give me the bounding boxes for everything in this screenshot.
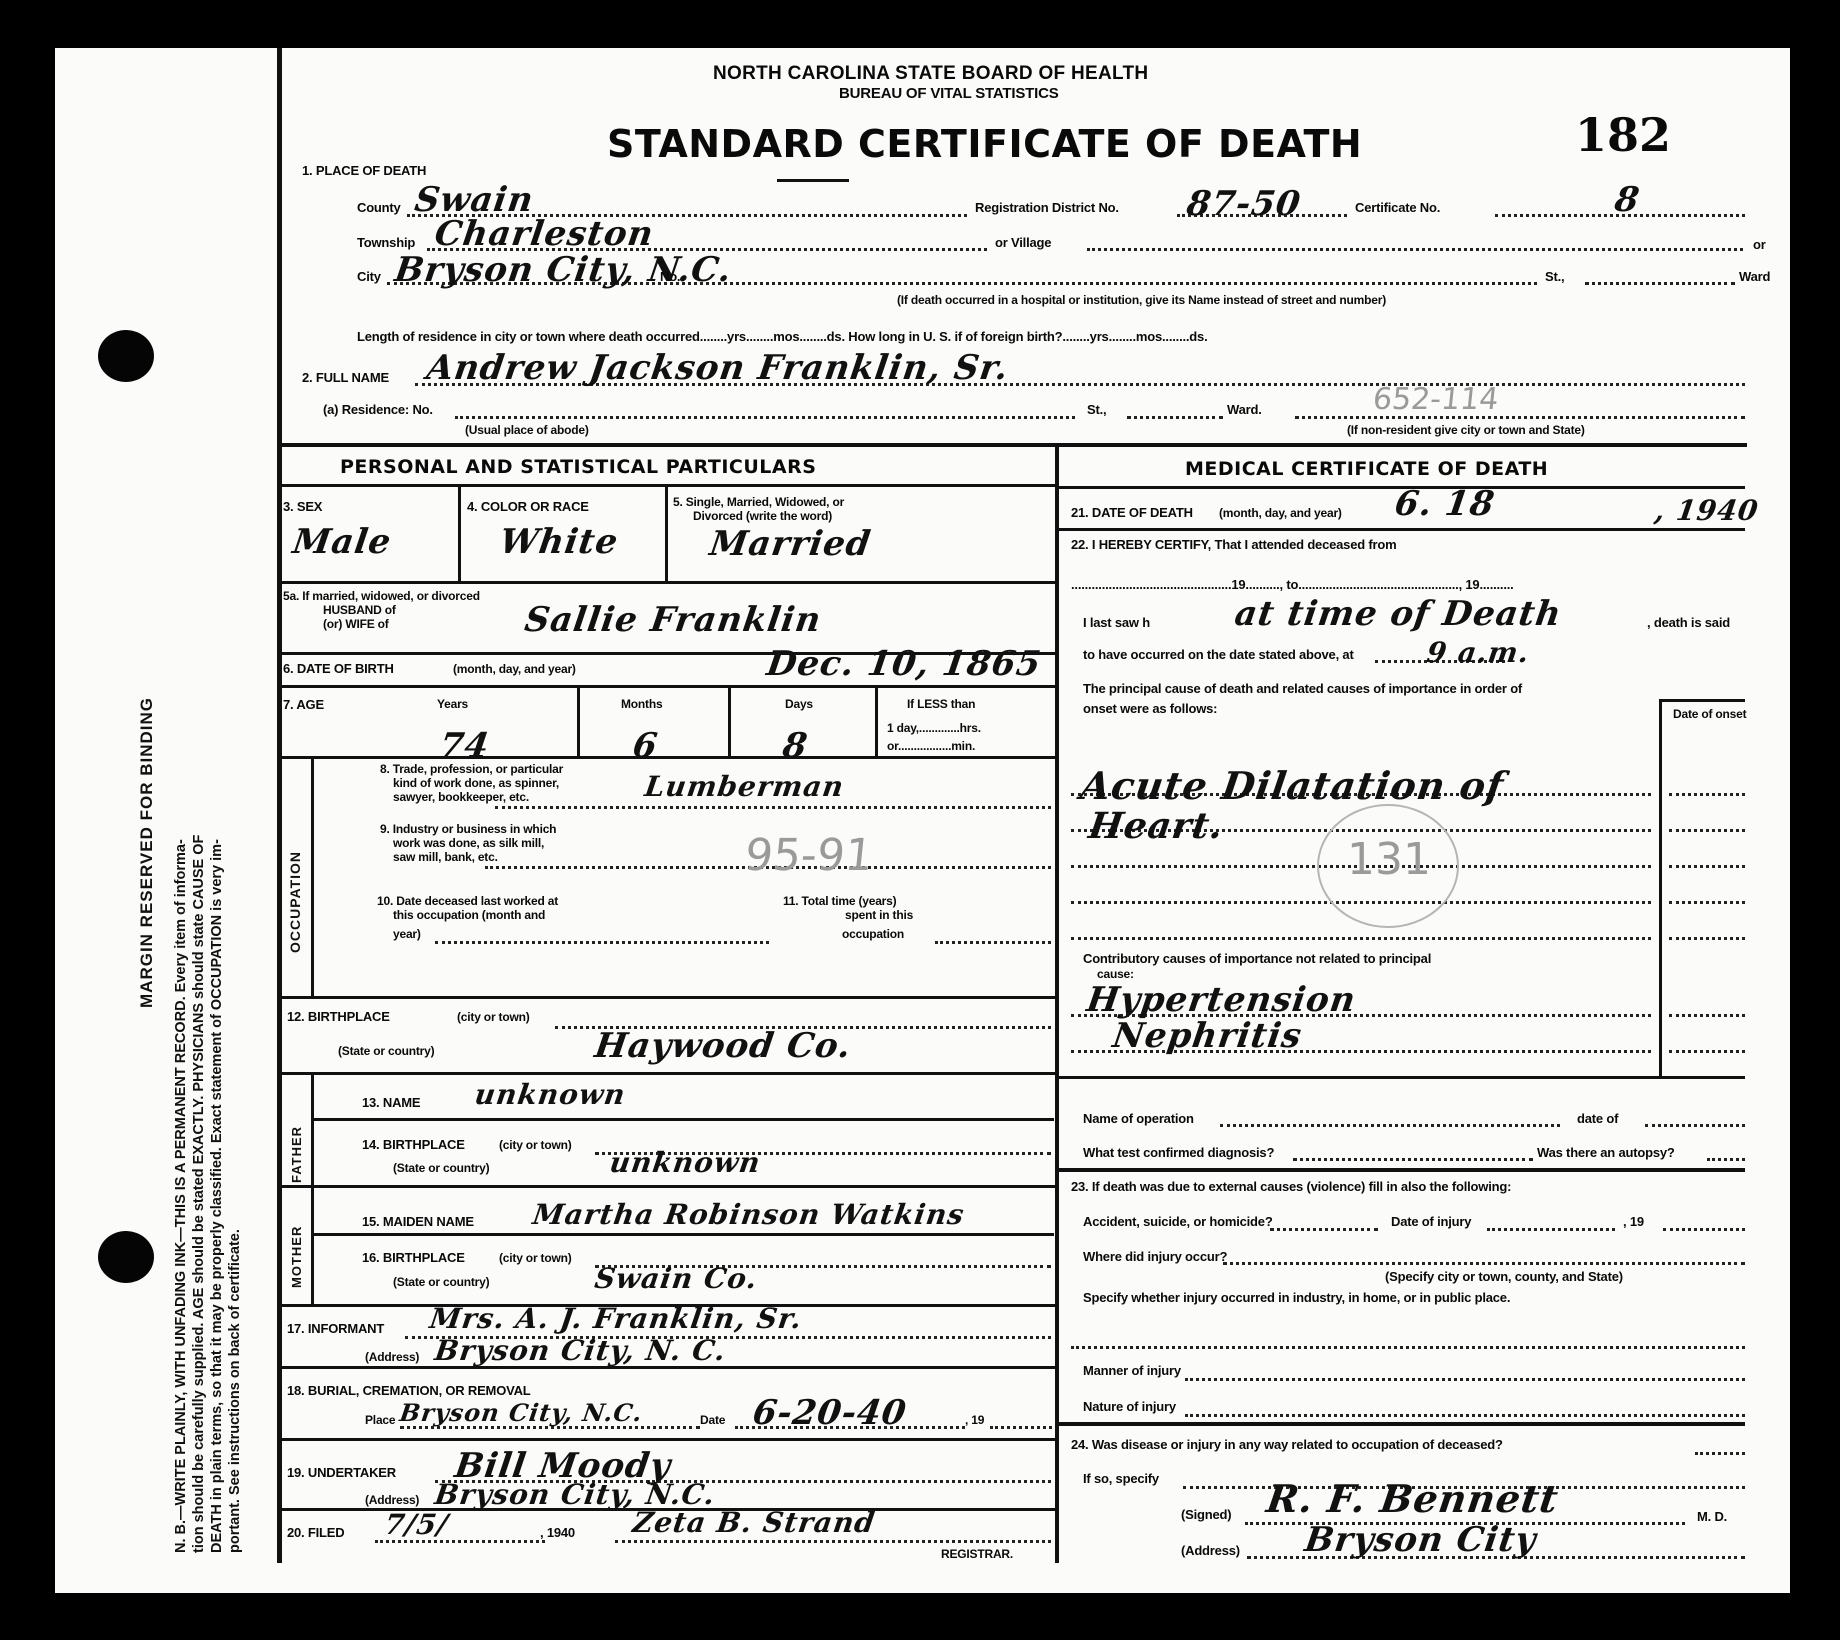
last-worked-label-2: this occupation (month and (393, 909, 545, 922)
less-than-label: If LESS than (907, 698, 975, 711)
father-side-label: FATHER (289, 1126, 304, 1183)
race-label: 4. COLOR OR RACE (467, 500, 589, 514)
father-name-value[interactable]: unknown (473, 1078, 628, 1111)
margin-instructions-2: tion should be carefully supplied. AGE s… (191, 835, 207, 1553)
industry-label-3: saw mill, bank, etc. (393, 851, 498, 864)
city-ward-label: Ward (1739, 270, 1770, 284)
last-saw-value[interactable]: at time of Death (1232, 594, 1564, 634)
dod-year[interactable]: , 1940 (1653, 494, 1761, 527)
physician-address-label: (Address) (1181, 1544, 1240, 1558)
filed-value[interactable]: 7/5/ (383, 1508, 451, 1541)
last-worked-label-3: year) (393, 928, 421, 941)
mother-bp-state-label: (State or country) (393, 1276, 489, 1289)
residence-st-label: St., (1087, 403, 1106, 417)
trade-label-1: 8. Trade, profession, or particular (380, 763, 563, 776)
occurred-label: to have occurred on the date stated abov… (1083, 648, 1354, 662)
pencil-circle-value: 131 (1347, 834, 1431, 885)
column-divider (1055, 443, 1059, 1563)
birthplace-label: 12. BIRTHPLACE (287, 1010, 390, 1024)
margin-instructions-1: N. B.—WRITE PLAINLY, WITH UNFADING INK—T… (173, 839, 189, 1553)
stamp-number: 182 (1575, 108, 1671, 162)
trade-value[interactable]: Lumberman (643, 770, 847, 803)
binding-hole-bottom (98, 1231, 154, 1283)
specify-place-label: Specify whether injury occurred in indus… (1083, 1291, 1510, 1305)
bureau-name: BUREAU OF VITAL STATISTICS (839, 86, 1059, 102)
industry-label-2: work was done, as silk mill, (393, 837, 544, 850)
registrar-signature: Zeta B. Strand (631, 1506, 878, 1539)
reg-district-label: Registration District No. (975, 201, 1119, 215)
township-value[interactable]: Charleston (432, 214, 656, 254)
burial-place-label: Place (365, 1414, 395, 1427)
place-of-death-label: 1. PLACE OF DEATH (302, 164, 426, 178)
contributory-label-2: cause: (1097, 968, 1134, 981)
registrar-label: REGISTRAR. (941, 1548, 1013, 1561)
reg-district-value[interactable]: 87-50 (1184, 184, 1303, 224)
binding-hole-top (98, 330, 154, 382)
age-days-value[interactable]: 8 (780, 726, 810, 766)
age-years-value[interactable]: 74 (437, 726, 492, 766)
informant-value[interactable]: Mrs. A. J. Franklin, Sr. (428, 1302, 805, 1335)
form-left-border (277, 48, 282, 1563)
undertaker-label: 19. UNDERTAKER (287, 1466, 396, 1480)
city-value[interactable]: Bryson City, N.C. (392, 250, 734, 290)
father-name-label: 13. NAME (362, 1096, 420, 1110)
diagnosis-label: What test confirmed diagnosis? (1083, 1146, 1274, 1160)
pencil-code: 652-114 (1371, 382, 1500, 417)
dob-value[interactable]: Dec. 10, 1865 (764, 644, 1044, 684)
manner-injury-label: Manner of injury (1083, 1364, 1181, 1378)
age-days-label: Days (785, 698, 813, 711)
industry-label-1: 9. Industry or business in which (380, 823, 556, 836)
contributory-line-2[interactable]: Nephritis (1110, 1016, 1304, 1056)
mother-name-value[interactable]: Martha Robinson Watkins (531, 1198, 967, 1231)
occupation-related-label: 24. Was disease or injury in any way rel… (1071, 1438, 1503, 1452)
marital-value[interactable]: Married (707, 524, 873, 564)
external-causes-label: 23. If death was due to external causes … (1071, 1180, 1511, 1194)
industry-pencil-code: 95-91 (742, 830, 875, 881)
total-time-label-1: 11. Total time (years) (783, 895, 896, 908)
personal-section-title: PERSONAL AND STATISTICAL PARTICULARS (340, 456, 816, 478)
operation-label: Name of operation (1083, 1112, 1194, 1126)
dob-sub-label: (month, day, and year) (453, 663, 576, 676)
father-bp-state-label: (State or country) (393, 1162, 489, 1175)
certify-label: 22. I HEREBY CERTIFY, That I attended de… (1071, 538, 1396, 552)
last-saw-label: I last saw h (1083, 616, 1150, 630)
autopsy-label: Was there an autopsy? (1537, 1146, 1675, 1160)
county-label: County (357, 201, 401, 215)
spouse-label-1: 5a. If married, widowed, or divorced (283, 590, 480, 603)
burial-date-label: Date (700, 1414, 725, 1427)
mother-side-label: MOTHER (289, 1226, 304, 1288)
marital-label-1: 5. Single, Married, Widowed, or (673, 496, 844, 509)
age-label: 7. AGE (283, 698, 324, 712)
title-underline (777, 179, 849, 182)
last-worked-label-1: 10. Date deceased last worked at (377, 895, 558, 908)
full-name-label: 2. FULL NAME (302, 371, 389, 385)
city-label: City (357, 270, 381, 284)
sex-value[interactable]: Male (290, 522, 394, 562)
usual-abode-note: (Usual place of abode) (465, 424, 589, 437)
less-than-min: or.................min. (887, 740, 975, 753)
occupation-side-label: OCCUPATION (287, 851, 303, 953)
accident-label: Accident, suicide, or homicide? (1083, 1215, 1273, 1229)
certificate-title: STANDARD CERTIFICATE OF DEATH (607, 122, 1362, 166)
contributory-label-1: Contributory causes of importance not re… (1083, 952, 1431, 966)
trade-label-2: kind of work done, as spinner, (393, 777, 559, 790)
onset-column-label: Date of onset (1673, 708, 1746, 721)
time-of-death-value[interactable]: 9 a.m. (1425, 636, 1532, 669)
village-label: or Village (995, 236, 1051, 250)
full-name-value[interactable]: Andrew Jackson Franklin, Sr. (424, 348, 1011, 388)
spouse-value[interactable]: Sallie Franklin (522, 600, 824, 640)
injury-year-label: , 19 (1623, 1215, 1644, 1229)
death-certificate-page: MARGIN RESERVED FOR BINDING N. B.—WRITE … (55, 48, 1790, 1593)
age-months-value[interactable]: 6 (630, 726, 660, 766)
dod-sub-label: (month, day, and year) (1219, 507, 1342, 520)
residence-length-label: Length of residence in city or town wher… (357, 330, 1208, 344)
principal-cause-label-1: The principal cause of death and related… (1083, 682, 1522, 696)
total-time-label-3: occupation (842, 928, 904, 941)
age-months-label: Months (621, 698, 662, 711)
marital-label-2: Divorced (write the word) (693, 510, 832, 523)
contributory-line-1[interactable]: Hypertension (1084, 980, 1358, 1020)
burial-label: 18. BURIAL, CREMATION, OR REMOVAL (287, 1384, 531, 1398)
injury-date-label: Date of injury (1391, 1215, 1471, 1229)
nonresident-note: (If non-resident give city or town and S… (1347, 424, 1585, 437)
undertaker-address-label: (Address) (365, 1494, 419, 1507)
death-said-label: , death is said (1647, 616, 1730, 630)
physician-address-value[interactable]: Bryson City (1302, 1520, 1539, 1560)
dod-label: 21. DATE OF DEATH (1071, 506, 1193, 520)
dod-value[interactable]: 6. 18 (1392, 484, 1497, 524)
certificate-no-label: Certificate No. (1355, 201, 1440, 215)
city-no-label: No. (660, 270, 680, 284)
margin-instructions-4: portant. See instructions on back of cer… (227, 1229, 243, 1553)
birthplace-value[interactable]: Haywood Co. (592, 1026, 854, 1066)
father-bp-value[interactable]: unknown (608, 1146, 763, 1179)
township-label: Township (357, 236, 415, 250)
principal-cause-line-1[interactable]: Acute Dilatation of (1078, 763, 1507, 808)
less-than-hrs: 1 day,.............hrs. (887, 722, 981, 735)
or-label: or (1753, 238, 1766, 252)
total-time-label-2: spent in this (845, 909, 913, 922)
informant-label: 17. INFORMANT (287, 1322, 384, 1336)
hospital-note: (If death occurred in a hospital or inst… (897, 294, 1386, 307)
md-label: M. D. (1697, 1510, 1727, 1524)
age-years-label: Years (437, 698, 468, 711)
informant-address-value[interactable]: Bryson City, N. C. (433, 1334, 729, 1367)
mother-name-label: 15. MAIDEN NAME (362, 1215, 474, 1229)
where-injury-note: (Specify city or town, county, and State… (1385, 1270, 1623, 1284)
father-bp-city-label: (city or town) (499, 1139, 572, 1152)
race-value[interactable]: White (497, 522, 621, 562)
filed-label: 20. FILED (287, 1526, 344, 1540)
principal-cause-label-2: onset were as follows: (1083, 702, 1217, 716)
operation-date-label: date of (1577, 1112, 1618, 1126)
signed-label: (Signed) (1181, 1508, 1231, 1522)
spouse-label-3: (or) WIFE of (323, 618, 389, 631)
attended-from-to: ........................................… (1071, 578, 1514, 592)
where-injury-label: Where did injury occur? (1083, 1250, 1227, 1264)
physician-signature[interactable]: R. F. Bennett (1264, 1476, 1562, 1521)
birthplace-state-label: (State or country) (338, 1045, 434, 1058)
burial-place-value[interactable]: Bryson City, N.C. (398, 1398, 645, 1427)
margin-instructions-3: DEATH in plain terms, so that it may be … (209, 839, 225, 1553)
father-bp-label: 14. BIRTHPLACE (362, 1138, 465, 1152)
medical-section-title: MEDICAL CERTIFICATE OF DEATH (1185, 458, 1548, 480)
filed-year: , 1940 (540, 1526, 575, 1540)
specify-if-label: If so, specify (1083, 1472, 1159, 1486)
residence-ward-label: Ward. (1227, 403, 1262, 417)
informant-address-label: (Address) (365, 1351, 419, 1364)
dob-label: 6. DATE OF BIRTH (283, 662, 394, 676)
agency-name: NORTH CAROLINA STATE BOARD OF HEALTH (713, 64, 1148, 84)
principal-cause-line-2[interactable]: Heart. (1086, 805, 1226, 847)
certificate-no-value[interactable]: 8 (1612, 180, 1642, 220)
margin-binding-note: MARGIN RESERVED FOR BINDING (137, 697, 157, 1008)
burial-year-label: , 19 (965, 1414, 984, 1427)
mother-bp-value[interactable]: Swain Co. (593, 1262, 760, 1295)
mother-bp-city-label: (city or town) (499, 1252, 572, 1265)
spouse-label-2: HUSBAND of (323, 604, 396, 617)
trade-label-3: sawyer, bookkeeper, etc. (393, 791, 529, 804)
birthplace-city-label: (city or town) (457, 1011, 530, 1024)
city-st-label: St., (1545, 270, 1564, 284)
nature-injury-label: Nature of injury (1083, 1400, 1176, 1414)
residence-label: (a) Residence: No. (323, 403, 433, 417)
burial-date-value[interactable]: 6-20-40 (750, 1393, 909, 1433)
sex-label: 3. SEX (283, 500, 322, 514)
mother-bp-label: 16. BIRTHPLACE (362, 1251, 465, 1265)
